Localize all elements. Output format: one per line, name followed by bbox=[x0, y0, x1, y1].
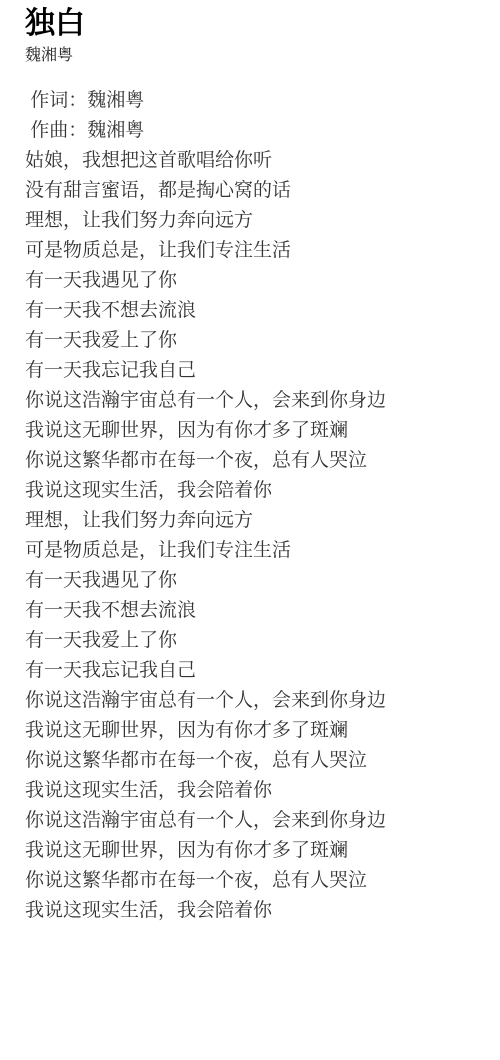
lyric-line: 你说这浩瀚宇宙总有一个人，会来到你身边 bbox=[25, 686, 485, 716]
lyrics-page: 独白 魏湘粤 作词：魏湘粤 作曲：魏湘粤姑娘，我想把这首歌唱给你听没有甜言蜜语，… bbox=[0, 6, 500, 1060]
lyric-line: 可是物质总是，让我们专注生活 bbox=[25, 536, 485, 566]
lyric-line: 作曲：魏湘粤 bbox=[25, 116, 485, 146]
lyric-line: 可是物质总是，让我们专注生活 bbox=[25, 236, 485, 266]
lyric-line: 你说这繁华都市在每一个夜，总有人哭泣 bbox=[25, 746, 485, 776]
lyric-line: 有一天我不想去流浪 bbox=[25, 296, 485, 326]
lyric-line: 有一天我遇见了你 bbox=[25, 266, 485, 296]
lyric-line: 有一天我爱上了你 bbox=[25, 626, 485, 656]
lyric-line: 我说这无聊世界，因为有你才多了斑斓 bbox=[25, 716, 485, 746]
lyric-line: 你说这繁华都市在每一个夜，总有人哭泣 bbox=[25, 866, 485, 896]
lyric-line: 有一天我不想去流浪 bbox=[25, 596, 485, 626]
lyric-line: 有一天我遇见了你 bbox=[25, 566, 485, 596]
lyric-line: 我说这现实生活，我会陪着你 bbox=[25, 776, 485, 806]
lyric-line: 我说这现实生活，我会陪着你 bbox=[25, 896, 485, 926]
lyric-line: 我说这现实生活，我会陪着你 bbox=[25, 476, 485, 506]
lyric-line: 作词：魏湘粤 bbox=[25, 86, 485, 116]
lyric-line: 没有甜言蜜语，都是掏心窝的话 bbox=[25, 176, 485, 206]
lyric-line: 有一天我忘记我自己 bbox=[25, 656, 485, 686]
lyric-line: 你说这繁华都市在每一个夜，总有人哭泣 bbox=[25, 446, 485, 476]
artist-name: 魏湘粤 bbox=[25, 46, 485, 66]
lyric-line: 你说这浩瀚宇宙总有一个人，会来到你身边 bbox=[25, 806, 485, 836]
lyric-line: 理想，让我们努力奔向远方 bbox=[25, 506, 485, 536]
lyric-line: 我说这无聊世界，因为有你才多了斑斓 bbox=[25, 416, 485, 446]
lyric-line: 有一天我忘记我自己 bbox=[25, 356, 485, 386]
lyric-line: 有一天我爱上了你 bbox=[25, 326, 485, 356]
lyrics-block: 作词：魏湘粤 作曲：魏湘粤姑娘，我想把这首歌唱给你听没有甜言蜜语，都是掏心窝的话… bbox=[25, 86, 485, 926]
lyric-line: 我说这无聊世界，因为有你才多了斑斓 bbox=[25, 836, 485, 866]
lyric-line: 你说这浩瀚宇宙总有一个人，会来到你身边 bbox=[25, 386, 485, 416]
lyric-line: 姑娘，我想把这首歌唱给你听 bbox=[25, 146, 485, 176]
lyric-line: 理想，让我们努力奔向远方 bbox=[25, 206, 485, 236]
song-title: 独白 bbox=[25, 6, 485, 42]
